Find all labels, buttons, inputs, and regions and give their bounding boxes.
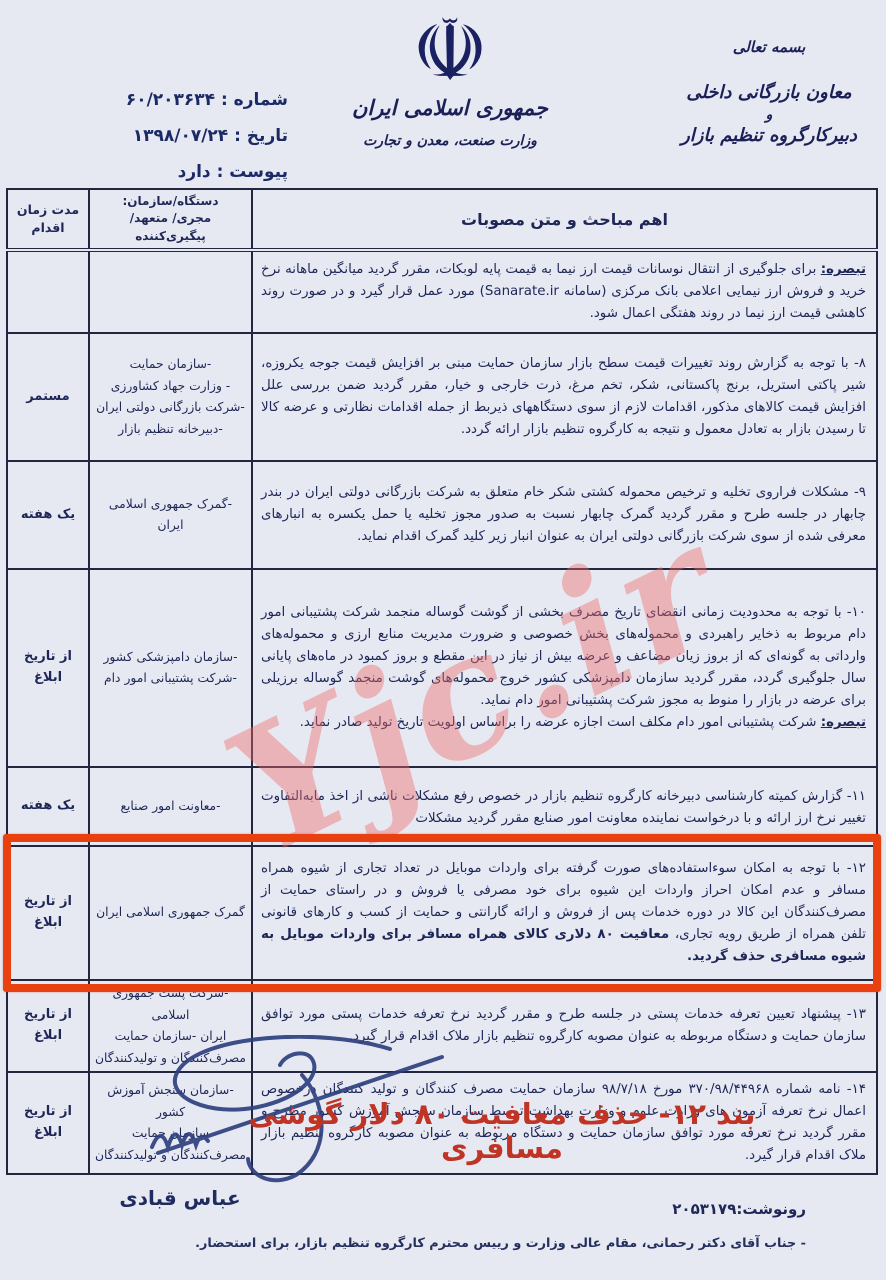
table-row: تبصره: برای جلوگیری از انتقال نوسانات قی…	[7, 250, 877, 333]
row-org-cell: گمرک جمهوری اسلامی ایران	[89, 846, 252, 980]
office-line-deputy: معاون بازرگانی داخلی	[674, 82, 864, 103]
note-text: شرکت پشتیبانی امور دام مکلف است اجازه عر…	[300, 715, 821, 730]
table-row: ۹- مشکلات فراروی تخلیه و ترخیص محموله کش…	[7, 461, 877, 569]
letter-date: تاریخ : ۱۳۹۸/۰۷/۲۴	[26, 118, 288, 154]
row-text: برای جلوگیری از انتقال نوسانات قیمت ارز …	[261, 262, 866, 321]
letterhead-meta-block: شماره : ۶۰/۲۰۳۶۳۴ تاریخ : ۱۳۹۸/۰۷/۲۴ پیو…	[26, 82, 288, 190]
row-duration-cell: مستمر	[7, 333, 89, 461]
row-topic-cell: ۸- با توجه به گزارش روند تغییرات قیمت سط…	[252, 333, 877, 461]
ministry-title: وزارت صنعت، معدن و تجارت	[300, 133, 600, 149]
document-page: بسمه تعالی معاون بازرگانی داخلی و دبیرکا…	[0, 0, 886, 1280]
letterhead-center-block: ☫ جمهوری اسلامی ایران وزارت صنعت، معدن و…	[300, 6, 600, 149]
row-text: ۸- با توجه به گزارش روند تغییرات قیمت سط…	[261, 356, 866, 437]
copy-label: رونوشت:۲۰۵۳۱۷۹	[672, 1200, 806, 1218]
row-duration-cell: از تاریخ ابلاغ	[7, 1072, 89, 1174]
table-row: ۸- با توجه به گزارش روند تغییرات قیمت سط…	[7, 333, 877, 461]
header-organization: دستگاه/سازمان: مجری/ متعهد/ پیگیری‌کننده	[89, 189, 252, 250]
iran-emblem-icon: ☫	[300, 6, 600, 96]
row-org-cell: -سازمان دامپزشکی کشور -شرکت پشتیبانی امو…	[89, 569, 252, 767]
red-annotation: بند ۱۲- حذف معافیت ۸۰ دلار گوشی مسافری	[228, 1097, 776, 1165]
resolutions-table: اهم مباحث و متن مصوبات دستگاه/سازمان: مج…	[6, 188, 878, 1175]
row-duration-cell: یک هفته	[7, 767, 89, 846]
letterhead-office-block: بسمه تعالی معاون بازرگانی داخلی و دبیرکا…	[674, 38, 864, 146]
letter-attachment: پیوست : دارد	[26, 154, 288, 190]
signer-name: عباس قبادی	[100, 1186, 260, 1210]
table-row: ۱۰- با توجه به محدودیت زمانی انقضای تاری…	[7, 569, 877, 767]
table-row: ۱۱- گزارش کمیته کارشناسی دبیرخانه کارگرو…	[7, 767, 877, 846]
row-topic-cell: تبصره: برای جلوگیری از انتقال نوسانات قی…	[252, 250, 877, 333]
copy-note: - جناب آقای دکتر رحمانی، مقام عالی وزارت…	[195, 1236, 806, 1251]
row-topic-cell: ۱۱- گزارش کمیته کارشناسی دبیرخانه کارگرو…	[252, 767, 877, 846]
bismillah-text: بسمه تعالی	[674, 38, 864, 56]
row-org-cell	[89, 250, 252, 333]
header-duration: مدت زمان اقدام	[7, 189, 89, 250]
row-org-cell: -گمرک جمهوری اسلامی ایران	[89, 461, 252, 569]
country-title: جمهوری اسلامی ایران	[300, 96, 600, 120]
row-duration-cell	[7, 250, 89, 333]
office-line-and: و	[674, 107, 864, 123]
note-lead: تبصره:	[821, 262, 866, 277]
row-duration-cell: یک هفته	[7, 461, 89, 569]
row-org-cell: -معاونت امور صنایع	[89, 767, 252, 846]
letter-number: شماره : ۶۰/۲۰۳۶۳۴	[26, 82, 288, 118]
row-duration-cell: از تاریخ ابلاغ	[7, 569, 89, 767]
row-duration-cell: از تاریخ ابلاغ	[7, 980, 89, 1072]
row-topic-cell: ۱۲- با توجه به امکان سوءاستفاده‌های صورت…	[252, 846, 877, 980]
row-topic-cell: ۹- مشکلات فراروی تخلیه و ترخیص محموله کش…	[252, 461, 877, 569]
row-duration-cell: از تاریخ ابلاغ	[7, 846, 89, 980]
office-line-secretary: دبیرکارگروه تنظیم بازار	[674, 125, 864, 146]
row-text: ۱۱- گزارش کمیته کارشناسی دبیرخانه کارگرو…	[261, 789, 866, 826]
row-topic-cell: ۱۰- با توجه به محدودیت زمانی انقضای تاری…	[252, 569, 877, 767]
note-lead: تبصره:	[821, 715, 866, 730]
row-text: ۹- مشکلات فراروی تخلیه و ترخیص محموله کش…	[261, 485, 866, 544]
row-note-line: تبصره: شرکت پشتیبانی امور دام مکلف است ا…	[261, 712, 866, 734]
row-org-cell: -سازمان حمایت - وزارت جهاد کشاورزی -شرکت…	[89, 333, 252, 461]
table-header-row: اهم مباحث و متن مصوبات دستگاه/سازمان: مج…	[7, 189, 877, 250]
header-topics: اهم مباحث و متن مصوبات	[252, 189, 877, 250]
row-text: ۱۰- با توجه به محدودیت زمانی انقضای تاری…	[261, 605, 866, 708]
table-row-highlighted: ۱۲- با توجه به امکان سوءاستفاده‌های صورت…	[7, 846, 877, 980]
